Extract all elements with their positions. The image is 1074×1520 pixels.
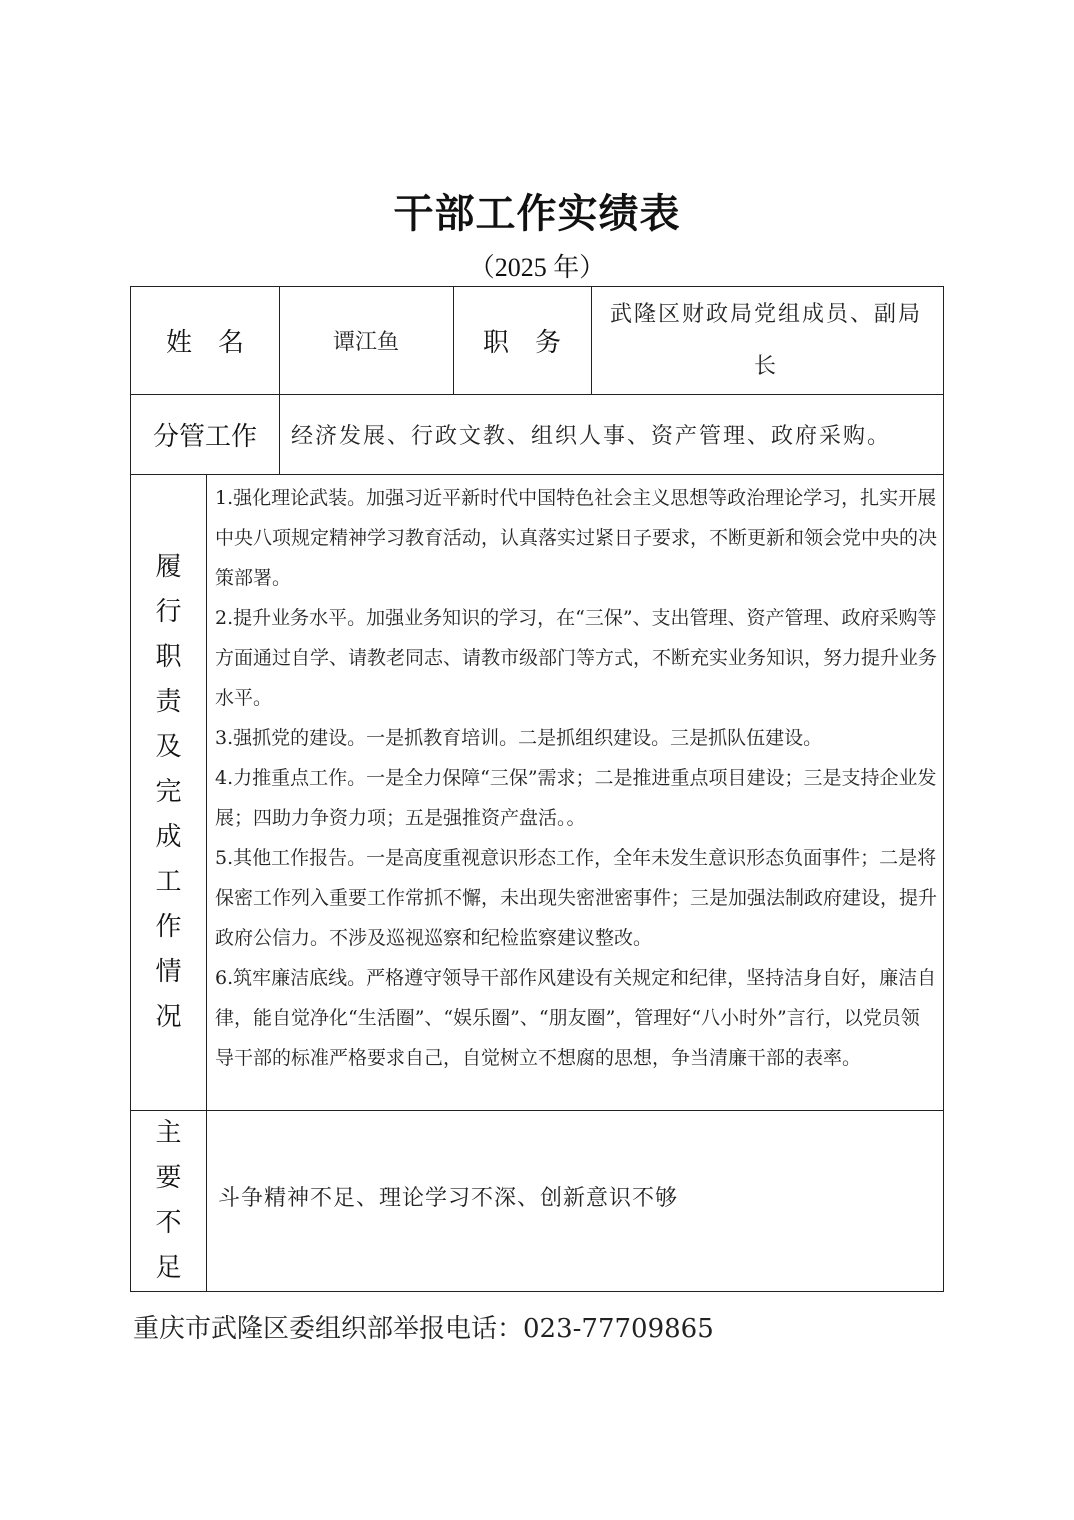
responsibility-value: 经济发展、行政文教、组织人事、资产管理、政府采购。	[281, 394, 941, 474]
row-divider	[131, 474, 943, 475]
document-year: （2025 年）	[0, 247, 1074, 284]
duties-label-char: 职	[155, 635, 181, 680]
shortcomings-label: 主 要 不 足	[131, 1110, 206, 1291]
shortcomings-value: 斗争精神不足、理论学习不深、创新意识不够	[208, 1110, 938, 1282]
duty-item: 3.强抓党的建设。一是抓教育培训。二是抓组织建设。三是抓队伍建设。	[215, 718, 937, 758]
duties-label-char: 成	[155, 815, 181, 860]
report-hotline: 重庆市武隆区委组织部举报电话：023-77709865	[133, 1308, 714, 1345]
duties-label: 履 行 职 责 及 完 成 工 作 情 况	[131, 474, 206, 1110]
name-label: 姓 名	[131, 287, 279, 394]
col-divider	[591, 287, 592, 395]
position-value: 武隆区财政局党组成员、副局长	[593, 287, 939, 394]
duties-label-char: 行	[155, 590, 181, 635]
shortcomings-label-char: 足	[155, 1246, 181, 1291]
duty-item: 6.筑牢廉洁底线。严格遵守领导干部作风建设有关规定和纪律，坚持洁身自好，廉洁自律…	[215, 958, 937, 1078]
position-label: 职 务	[453, 287, 591, 394]
responsibility-label: 分管工作	[131, 394, 279, 474]
performance-table: 姓 名 谭江鱼 职 务 武隆区财政局党组成员、副局长 分管工作 经济发展、行政文…	[130, 286, 944, 1292]
shortcomings-label-char: 不	[155, 1201, 181, 1246]
col-divider	[206, 474, 207, 1291]
duties-content: 1.强化理论武装。加强习近平新时代中国特色社会主义思想等政治理论学习，扎实开展中…	[215, 478, 937, 1078]
duties-label-char: 完	[155, 770, 181, 815]
duties-label-char: 况	[155, 995, 181, 1040]
duty-item: 2.提升业务水平。加强业务知识的学习，在“三保”、支出管理、资产管理、政府采购等…	[215, 598, 937, 718]
duties-label-char: 情	[155, 950, 181, 995]
duty-item: 5.其他工作报告。一是高度重视意识形态工作，全年未发生意识形态负面事件；二是将保…	[215, 838, 937, 958]
duties-label-char: 作	[155, 905, 181, 950]
duties-label-char: 履	[155, 545, 181, 590]
duties-label-char: 工	[155, 860, 181, 905]
document-title: 干部工作实绩表	[0, 182, 1074, 239]
duties-label-char: 及	[155, 725, 181, 770]
duty-item: 4.力推重点工作。一是全力保障“三保”需求；二是推进重点项目建设；三是支持企业发…	[215, 758, 937, 838]
name-value: 谭江鱼	[279, 287, 453, 394]
duty-item: 1.强化理论武装。加强习近平新时代中国特色社会主义思想等政治理论学习，扎实开展中…	[215, 478, 937, 598]
duties-label-char: 责	[155, 680, 181, 725]
shortcomings-label-char: 要	[155, 1156, 181, 1201]
shortcomings-label-char: 主	[155, 1111, 181, 1156]
